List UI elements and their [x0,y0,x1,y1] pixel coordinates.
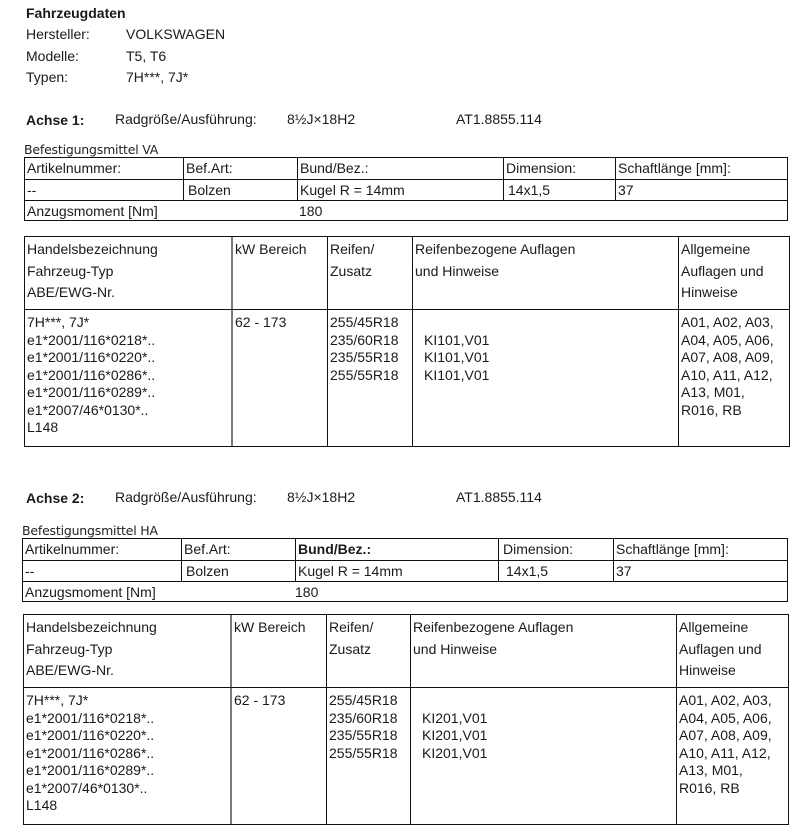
header-line: Fahrzeug-Typ [27,261,232,283]
header-line: ABE/EWG-Nr. [26,660,231,682]
header-line: Hinweise [681,282,789,304]
axle-1-article-code: AT1.8855.114 [456,111,542,127]
torque-row: Anzugsmoment [Nm] 180 [25,200,787,222]
type-entry: L148 [27,419,232,437]
general-note: A10, A11, A12, [679,745,788,763]
axle-2-fastening-table: Artikelnummer: Bef.Art: Bund/Bez.: Dimen… [22,538,788,602]
type-entry: e1*2001/116*0289*.. [27,384,232,402]
cell-tire-notes: KI201,V01 KI201,V01 KI201,V01 [410,688,676,824]
header-article-number: Artikelnummer: [23,539,181,560]
axle-1-wheel-size-value: 8½J×18H2 [287,111,355,127]
header-line: Auflagen und [679,639,788,661]
header-line: kW Bereich [234,617,326,639]
type-entry: e1*2001/116*0220*.. [27,349,232,367]
type-entry: e1*2001/116*0220*.. [26,727,231,745]
type-entry: 7H***, 7J* [26,692,231,710]
value-fastening-type: Bolzen [181,561,295,582]
header-line: Zusatz [330,261,412,283]
tire-size: 255/55R18 [329,745,410,763]
kw-range-value: 62 - 173 [234,692,326,710]
general-note: A04, A05, A06, [681,332,789,350]
header-line: Zusatz [329,639,411,661]
fastening-header-row: Artikelnummer: Bef.Art: Bund/Bez.: Dimen… [23,539,787,560]
types-label: Typen: [26,69,68,85]
axle-2-wheel-size-value: 8½J×18H2 [287,489,355,505]
header-tires: Reifen/ Zusatz [326,615,411,687]
value-collar: Kugel R = 14mm [297,180,503,201]
torque-label: Anzugsmoment [Nm] [23,582,293,603]
axle-2-approval-table: Handelsbezeichnung Fahrzeug-Typ ABE/EWG-… [23,614,789,825]
models-value: T5, T6 [126,48,166,64]
header-line: Handelsbezeichnung [26,617,231,639]
header-line: Reifen/ [329,617,411,639]
header-line: ABE/EWG-Nr. [27,282,232,304]
approval-table-header: Handelsbezeichnung Fahrzeug-Typ ABE/EWG-… [25,237,789,310]
torque-row: Anzugsmoment [Nm] 180 [23,581,787,603]
axle-2-fastening-caption: Befestigungsmittel HA [22,523,158,538]
header-designation: Handelsbezeichnung Fahrzeug-Typ ABE/EWG-… [24,615,231,687]
header-line: Allgemeine [679,617,788,639]
header-kw-range: kW Bereich [230,615,326,687]
tire-note: KI101,V01 [424,332,678,350]
header-collar: Bund/Bez.: [295,539,498,560]
general-note: A04, A05, A06, [679,710,788,728]
axle-2-article-code: AT1.8855.114 [456,489,542,505]
tire-size: 235/55R18 [329,727,410,745]
type-entry: e1*2001/116*0218*.. [27,332,232,350]
tire-size: 235/60R18 [329,710,410,728]
approval-table-header: Handelsbezeichnung Fahrzeug-Typ ABE/EWG-… [24,615,788,688]
header-line: Reifen/ [330,239,412,261]
axle-2-label: Achse 2: [26,490,84,506]
type-entry: e1*2001/116*0286*.. [26,745,231,763]
header-line: Reifenbezogene Auflagen [413,617,676,639]
fastening-value-row: -- Bolzen Kugel R = 14mm 14x1,5 37 [23,560,787,582]
torque-value: 180 [297,201,497,222]
approval-table-body: 7H***, 7J* e1*2001/116*0218*.. e1*2001/1… [24,688,788,824]
types-value: 7H***, 7J* [126,69,188,85]
general-note: A07, A08, A09, [681,349,789,367]
tire-note [422,692,676,710]
value-dimension: 14x1,5 [503,180,615,201]
axle-1-label: Achse 1: [26,112,84,128]
tire-size: 255/55R18 [330,367,412,385]
header-tire-notes: Reifenbezogene Auflagen und Hinweise [412,237,678,309]
header-article-number: Artikelnummer: [25,158,183,179]
header-collar: Bund/Bez.: [297,158,503,179]
header-general-notes: Allgemeine Auflagen und Hinweise [676,615,788,687]
tire-note: KI101,V01 [424,349,678,367]
cell-tires: 255/45R18 235/60R18 235/55R18 255/55R18 [327,310,412,446]
cell-kw-range: 62 - 173 [231,310,327,446]
cell-tires: 255/45R18 235/60R18 235/55R18 255/55R18 [326,688,410,824]
value-article-number: -- [23,561,181,582]
header-line: und Hinweise [413,639,676,661]
header-tire-notes: Reifenbezogene Auflagen und Hinweise [410,615,676,687]
cell-tire-notes: KI101,V01 KI101,V01 KI101,V01 [412,310,678,446]
axle-2-wheel-size-label: Radgröße/Ausführung: [115,489,257,505]
tire-note: KI101,V01 [424,367,678,385]
tire-size: 235/60R18 [330,332,412,350]
type-entry: e1*2007/46*0130*.. [26,780,231,798]
header-line: Reifenbezogene Auflagen [415,239,678,261]
header-dimension: Dimension: [503,158,615,179]
general-note: A13, M01, [681,384,789,402]
header-fastening-type: Bef.Art: [181,539,295,560]
axle-1-fastening-caption: Befestigungsmittel VA [24,142,158,157]
header-fastening-type: Bef.Art: [183,158,297,179]
header-shaft-length: Schaftlänge [mm]: [615,158,787,179]
header-general-notes: Allgemeine Auflagen und Hinweise [678,237,789,309]
cell-general-notes: A01, A02, A03, A04, A05, A06, A07, A08, … [678,310,789,446]
value-dimension: 14x1,5 [498,561,613,582]
tire-note [424,314,678,332]
tire-note: KI201,V01 [422,745,676,763]
manufacturer-label: Hersteller: [26,26,90,42]
torque-label: Anzugsmoment [Nm] [25,201,295,222]
axle-1-approval-table: Handelsbezeichnung Fahrzeug-Typ ABE/EWG-… [24,236,790,447]
type-entry: e1*2007/46*0130*.. [27,402,232,420]
general-note: A07, A08, A09, [679,727,788,745]
cell-general-notes: A01, A02, A03, A04, A05, A06, A07, A08, … [676,688,788,824]
value-fastening-type: Bolzen [183,180,297,201]
header-line: Allgemeine [681,239,789,261]
header-line: Auflagen und [681,261,789,283]
tire-size: 255/45R18 [329,692,410,710]
fastening-value-row: -- Bolzen Kugel R = 14mm 14x1,5 37 [25,179,787,201]
header-line: kW Bereich [235,239,327,261]
cell-vehicle-types: 7H***, 7J* e1*2001/116*0218*.. e1*2001/1… [25,310,232,446]
header-tires: Reifen/ Zusatz [327,237,412,309]
axle-1-wheel-size-label: Radgröße/Ausführung: [115,111,257,127]
header-designation: Handelsbezeichnung Fahrzeug-Typ ABE/EWG-… [25,237,232,309]
tire-size: 255/45R18 [330,314,412,332]
type-entry: 7H***, 7J* [27,314,232,332]
header-line: und Hinweise [415,261,678,283]
value-article-number: -- [25,180,183,201]
fastening-header-row: Artikelnummer: Bef.Art: Bund/Bez.: Dimen… [25,158,787,179]
tire-note: KI201,V01 [422,727,676,745]
general-note: A01, A02, A03, [679,692,788,710]
general-note: A10, A11, A12, [681,367,789,385]
type-entry: L148 [26,797,231,815]
axle-1-fastening-table: Artikelnummer: Bef.Art: Bund/Bez.: Dimen… [24,157,788,221]
tire-size: 235/55R18 [330,349,412,367]
models-label: Modelle: [26,48,79,64]
general-note: R016, RB [679,780,788,798]
torque-value: 180 [293,582,493,603]
tire-note: KI201,V01 [422,710,676,728]
cell-kw-range: 62 - 173 [230,688,326,824]
kw-range-value: 62 - 173 [235,314,327,332]
header-shaft-length: Schaftlänge [mm]: [613,539,787,560]
approval-table-body: 7H***, 7J* e1*2001/116*0218*.. e1*2001/1… [25,310,789,446]
vehicle-data-title: Fahrzeugdaten [26,5,126,21]
manufacturer-value: VOLKSWAGEN [126,26,225,42]
general-note: A13, M01, [679,762,788,780]
type-entry: e1*2001/116*0286*.. [27,367,232,385]
value-shaft-length: 37 [615,180,787,201]
cell-vehicle-types: 7H***, 7J* e1*2001/116*0218*.. e1*2001/1… [24,688,231,824]
value-shaft-length: 37 [613,561,787,582]
type-entry: e1*2001/116*0289*.. [26,762,231,780]
type-entry: e1*2001/116*0218*.. [26,710,231,728]
header-line: Fahrzeug-Typ [26,639,231,661]
header-line: Hinweise [679,660,788,682]
header-dimension: Dimension: [498,539,613,560]
header-kw-range: kW Bereich [231,237,327,309]
header-line: Handelsbezeichnung [27,239,232,261]
value-collar: Kugel R = 14mm [295,561,498,582]
general-note: R016, RB [681,402,789,420]
general-note: A01, A02, A03, [681,314,789,332]
